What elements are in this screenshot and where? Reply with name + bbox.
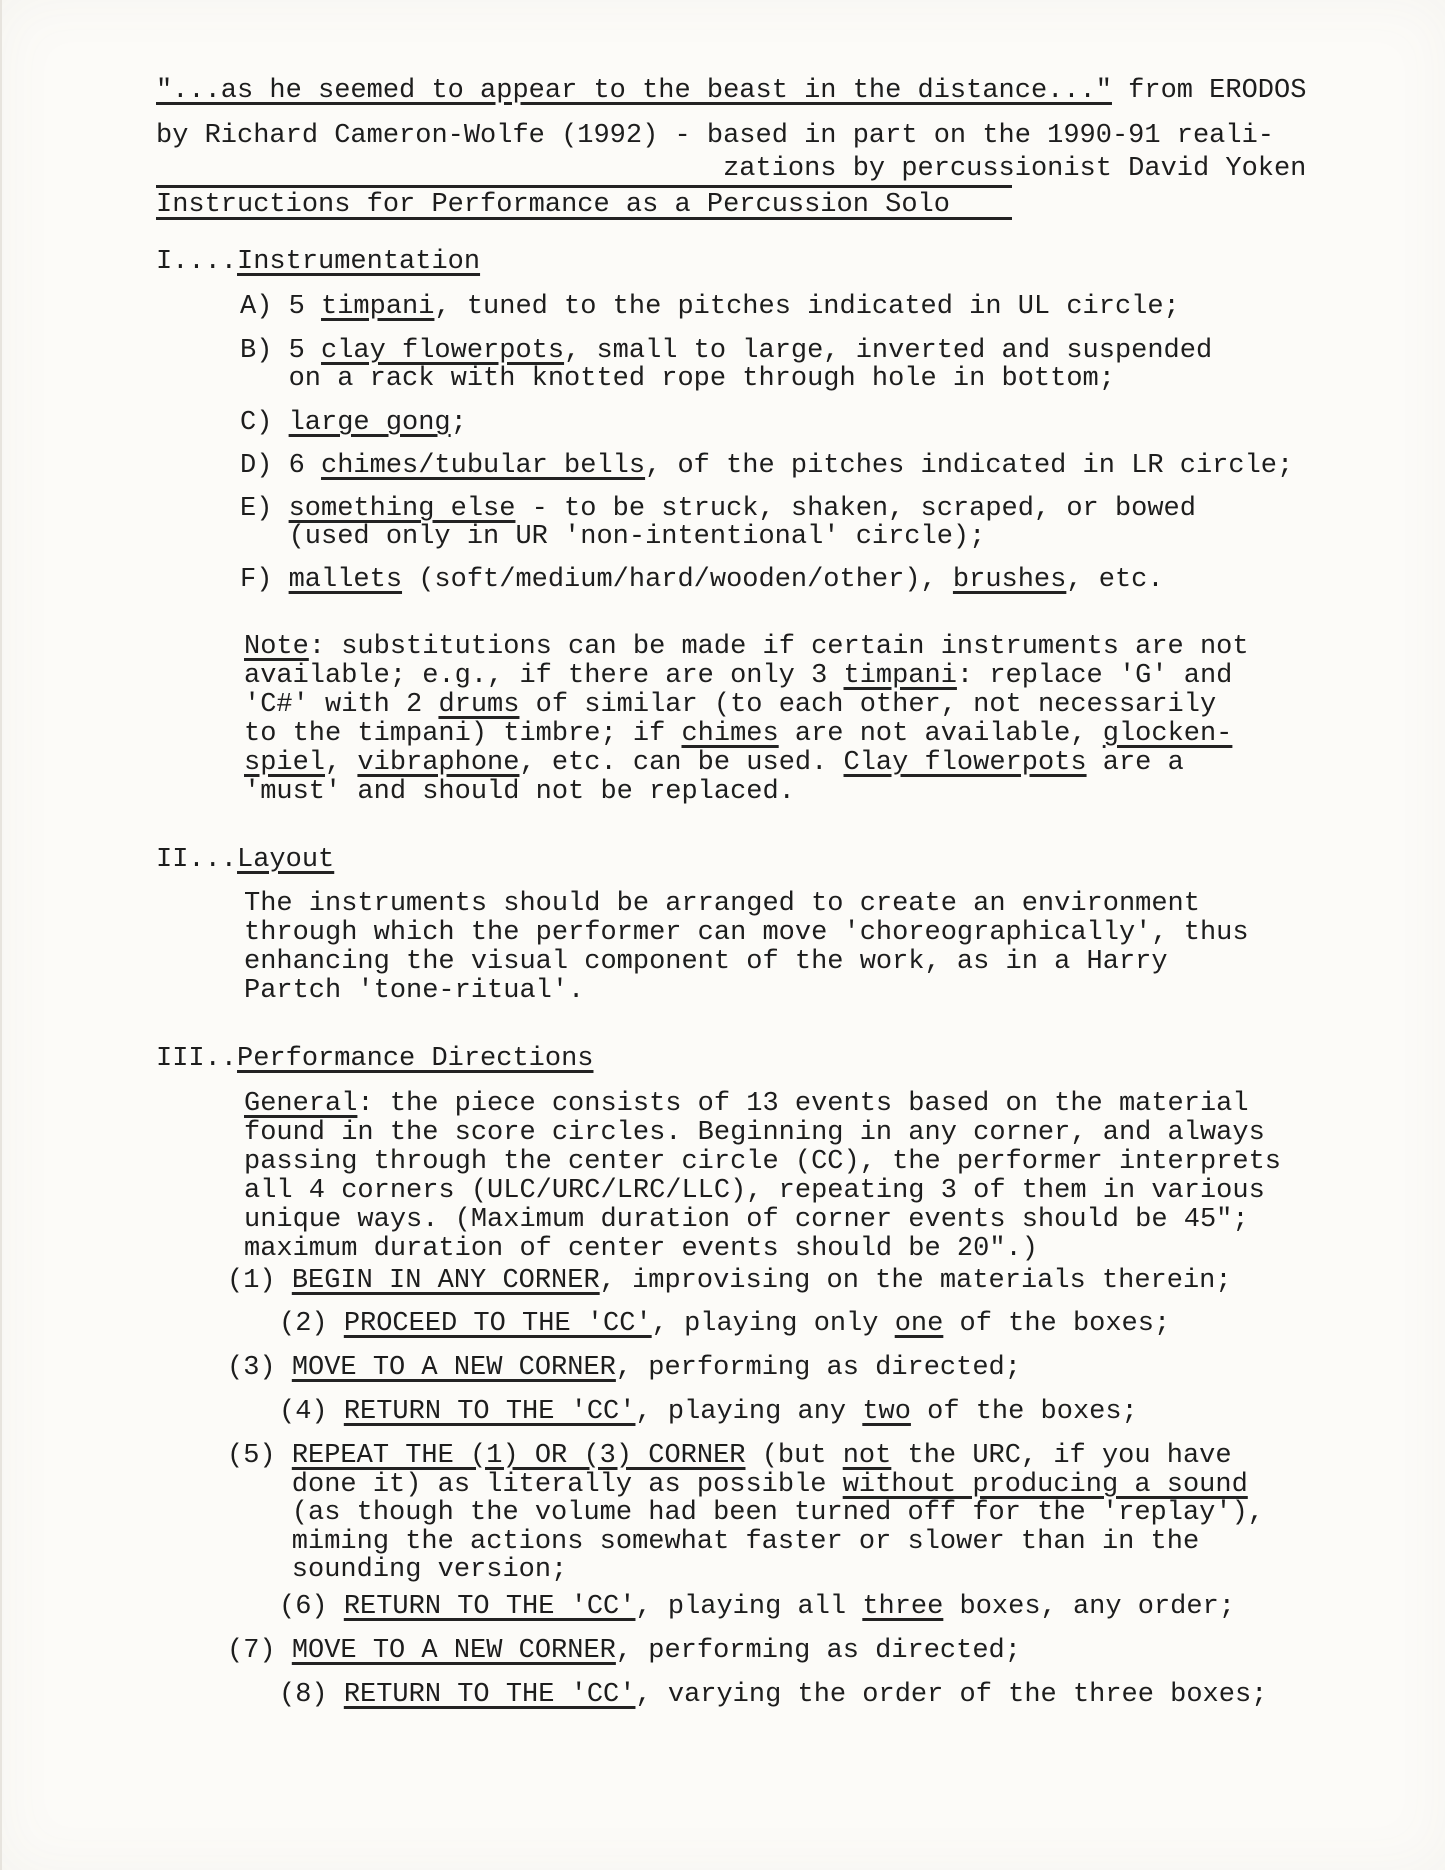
text-line: (3) MOVE TO A NEW CORNER, performing as …: [227, 1354, 1021, 1382]
text-line: (6) RETURN TO THE 'CC', playing all thre…: [279, 1593, 1235, 1621]
text-line: found in the score circles. Beginning in…: [244, 1119, 1281, 1148]
byline: by Richard Cameron-Wolfe (1992) - based …: [156, 120, 1306, 186]
text-line: F) mallets (soft/medium/hard/wooden/othe…: [240, 566, 1164, 594]
item-d: D) 6 chimes/tubular bells, of the pitche…: [240, 452, 1293, 480]
text-line: miming the actions somewhat faster or sl…: [227, 1528, 1264, 1557]
text-line: Note: substitutions can be made if certa…: [244, 633, 1249, 662]
text-line: (used only in UR 'non-intentional' circl…: [240, 523, 1196, 551]
heading-underline: [156, 217, 1012, 220]
layout-paragraph: The instruments should be arranged to cr…: [244, 890, 1249, 1006]
direction-7: (7) MOVE TO A NEW CORNER, performing as …: [227, 1637, 1021, 1665]
text-line: all 4 corners (ULC/URC/LRC/LLC), repeati…: [244, 1177, 1281, 1206]
item-e: E) something else - to be struck, shaken…: [240, 495, 1196, 551]
text-line: General: the piece consists of 13 events…: [244, 1090, 1281, 1119]
text-line: to the timpani) timbre; if chimes are no…: [244, 720, 1249, 749]
text-line: by Richard Cameron-Wolfe (1992) - based …: [156, 120, 1306, 153]
text-line: D) 6 chimes/tubular bells, of the pitche…: [240, 452, 1293, 480]
text-line: unique ways. (Maximum duration of corner…: [244, 1206, 1281, 1235]
text-line: 'C#' with 2 drums of similar (to each ot…: [244, 691, 1249, 720]
section-1-heading: I....Instrumentation: [156, 248, 480, 276]
text-line: E) something else - to be struck, shaken…: [240, 495, 1196, 523]
direction-1: (1) BEGIN IN ANY CORNER, improvising on …: [227, 1267, 1232, 1295]
text-line: (7) MOVE TO A NEW CORNER, performing as …: [227, 1637, 1021, 1665]
direction-4: (4) RETURN TO THE 'CC', playing any two …: [279, 1398, 1138, 1426]
note-paragraph: Note: substitutions can be made if certa…: [244, 633, 1249, 807]
item-a: A) 5 timpani, tuned to the pitches indic…: [240, 293, 1180, 321]
direction-8: (8) RETURN TO THE 'CC', varying the orde…: [279, 1681, 1267, 1709]
text-line: A) 5 timpani, tuned to the pitches indic…: [240, 293, 1180, 321]
text-line: passing through the center circle (CC), …: [244, 1148, 1281, 1177]
direction-5: (5) REPEAT THE (1) OR (3) CORNER (but no…: [227, 1442, 1264, 1585]
text-line: The instruments should be arranged to cr…: [244, 890, 1249, 919]
section-2-heading: II...Layout: [156, 846, 334, 874]
text-line: (2) PROCEED TO THE 'CC', playing only on…: [279, 1310, 1170, 1338]
text-line: Instructions for Performance as a Percus…: [156, 191, 950, 219]
item-c: C) large gong;: [240, 409, 467, 437]
general-paragraph: General: the piece consists of 13 events…: [244, 1090, 1281, 1264]
text-line: Partch 'tone-ritual'.: [244, 977, 1249, 1006]
scanned-document-page: "...as he seemed to appear to the beast …: [0, 0, 1445, 1870]
text-line: III..Performance Directions: [156, 1045, 593, 1073]
direction-3: (3) MOVE TO A NEW CORNER, performing as …: [227, 1354, 1021, 1382]
text-line: (4) RETURN TO THE 'CC', playing any two …: [279, 1398, 1138, 1426]
text-line: B) 5 clay flowerpots, small to large, in…: [240, 337, 1212, 365]
text-line: through which the performer can move 'ch…: [244, 919, 1249, 948]
section-3-heading: III..Performance Directions: [156, 1045, 593, 1073]
text-line: spiel, vibraphone, etc. can be used. Cla…: [244, 749, 1249, 778]
item-b: B) 5 clay flowerpots, small to large, in…: [240, 337, 1212, 393]
direction-6: (6) RETURN TO THE 'CC', playing all thre…: [279, 1593, 1235, 1621]
text-line: sounding version;: [227, 1556, 1264, 1585]
text-line: 'must' and should not be replaced.: [244, 778, 1249, 807]
text-line: enhancing the visual component of the wo…: [244, 948, 1249, 977]
text-line: done it) as literally as possible withou…: [227, 1471, 1264, 1500]
text-line: zations by percussionist David Yoken: [156, 153, 1306, 186]
item-f: F) mallets (soft/medium/hard/wooden/othe…: [240, 566, 1164, 594]
text-line: (1) BEGIN IN ANY CORNER, improvising on …: [227, 1267, 1232, 1295]
text-line: (8) RETURN TO THE 'CC', varying the orde…: [279, 1681, 1267, 1709]
heading-overline: [156, 185, 1012, 188]
text-line: available; e.g., if there are only 3 tim…: [244, 662, 1249, 691]
text-line: (5) REPEAT THE (1) OR (3) CORNER (but no…: [227, 1442, 1264, 1471]
text-line: on a rack with knotted rope through hole…: [240, 365, 1212, 393]
text-line: (as though the volume had been turned of…: [227, 1499, 1264, 1528]
text-line: maximum duration of center events should…: [244, 1235, 1281, 1264]
text-line: II...Layout: [156, 846, 334, 874]
text-line: "...as he seemed to appear to the beast …: [156, 77, 1306, 105]
text-line: I....Instrumentation: [156, 248, 480, 276]
title-line: "...as he seemed to appear to the beast …: [156, 77, 1306, 105]
text-line: C) large gong;: [240, 409, 467, 437]
page-heading: Instructions for Performance as a Percus…: [156, 191, 950, 219]
direction-2: (2) PROCEED TO THE 'CC', playing only on…: [279, 1310, 1170, 1338]
